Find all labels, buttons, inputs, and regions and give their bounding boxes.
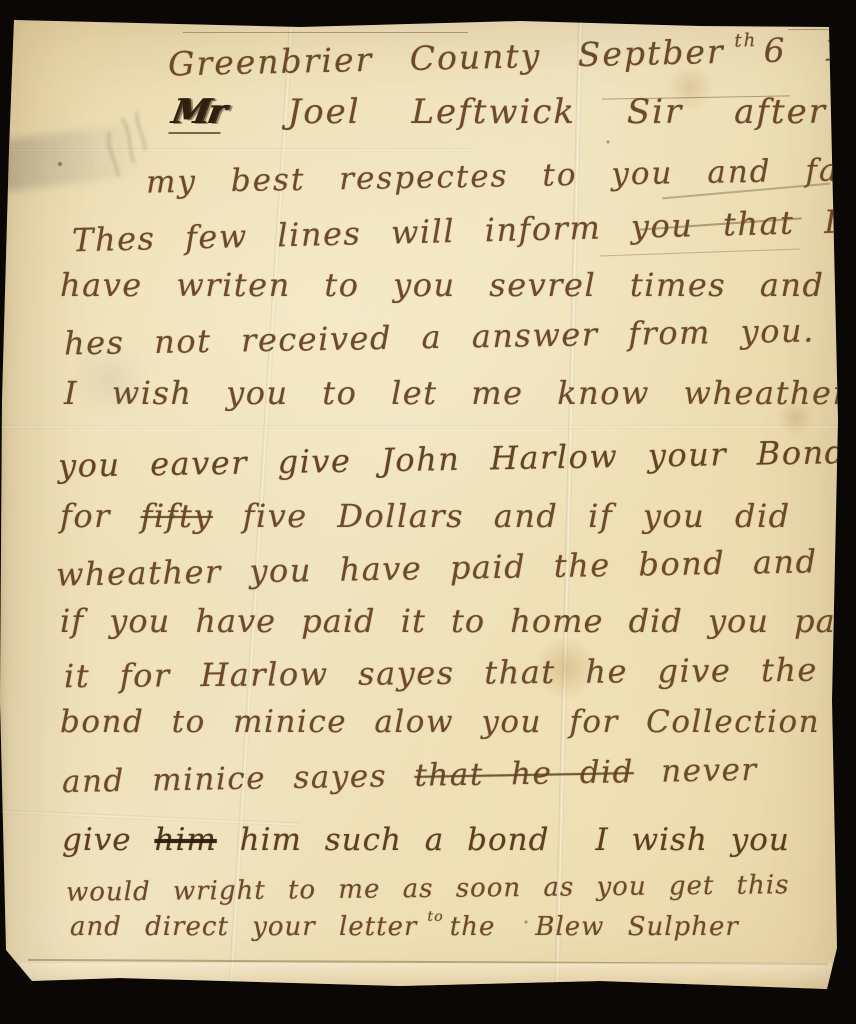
dateline-date: 6 1824 <box>763 28 856 70</box>
letter-line: it for Harlow sayes that he give the <box>64 651 818 696</box>
bond-line: give him him such a bondI wish you <box>62 822 790 858</box>
denial-line-pre: and minice sayes <box>62 758 415 800</box>
crossed-out-word: him <box>154 822 216 858</box>
letter-line: you eaver give John Harlow your Bond <box>58 433 847 485</box>
bond-line-post: him such a bond <box>217 822 550 858</box>
letter-line: my best respectes to you and famly <box>146 151 856 200</box>
letter-line: I wish you to let me know wheather <box>64 374 849 412</box>
closing-line-mid: the <box>450 912 496 942</box>
dateline: Greenbrier County Septberth6 1824 <box>168 28 856 84</box>
inserted-word: to <box>427 909 443 925</box>
destination: Blew Sulpher <box>535 912 738 942</box>
salutation-line: MrJoel Leftwick Sir after <box>172 92 827 134</box>
bottom-fold-flap <box>22 963 832 989</box>
salutation-text: Joel Leftwick Sir after <box>288 92 827 132</box>
closing-line: and direct your lettertotheBlew Sulpher <box>70 912 739 942</box>
stray-ink-stroke <box>600 249 800 257</box>
dateline-superscript: th <box>734 30 757 52</box>
stray-ink-stroke <box>183 32 468 33</box>
struck-words: that he did <box>414 754 634 794</box>
closing-line-pre: and direct your letter <box>70 912 417 942</box>
denial-line: and minice sayes that he did never <box>62 752 758 800</box>
dateline-place: Greenbrier County Septber <box>168 32 725 84</box>
honorific-mark: Mr <box>168 92 227 134</box>
letter-line: wheather you have paid the bond and <box>56 542 818 593</box>
letter-paper: Greenbrier County Septberth6 1824 MrJoel… <box>0 0 856 1024</box>
letter-line: have writen to you sevrel times and <box>60 266 825 304</box>
denial-line-post: never <box>634 752 758 790</box>
bond-line-tail: I wish you <box>595 822 789 858</box>
photo-background: Greenbrier County Septberth6 1824 MrJoel… <box>0 0 856 1024</box>
amount-line-pre: for <box>60 497 141 535</box>
fold-crease-horizontal-middle <box>0 425 856 429</box>
letter-line: if you have paid it to home did you pay <box>60 602 855 640</box>
letter-line: would wright to me as soon as you get th… <box>66 870 790 908</box>
letter-line: hes not received a answer from you. <box>64 311 815 362</box>
amount-line: for fifty five Dollars and if you did <box>60 497 791 535</box>
amount-line-post: five Dollars and if you did <box>213 497 791 535</box>
letter-line: Thes few lines will inform you that I <box>72 203 839 260</box>
struck-word: fifty <box>141 497 213 535</box>
bond-line-pre: give <box>62 822 154 858</box>
letter-line: bond to minice alow you for Collection <box>60 704 820 740</box>
